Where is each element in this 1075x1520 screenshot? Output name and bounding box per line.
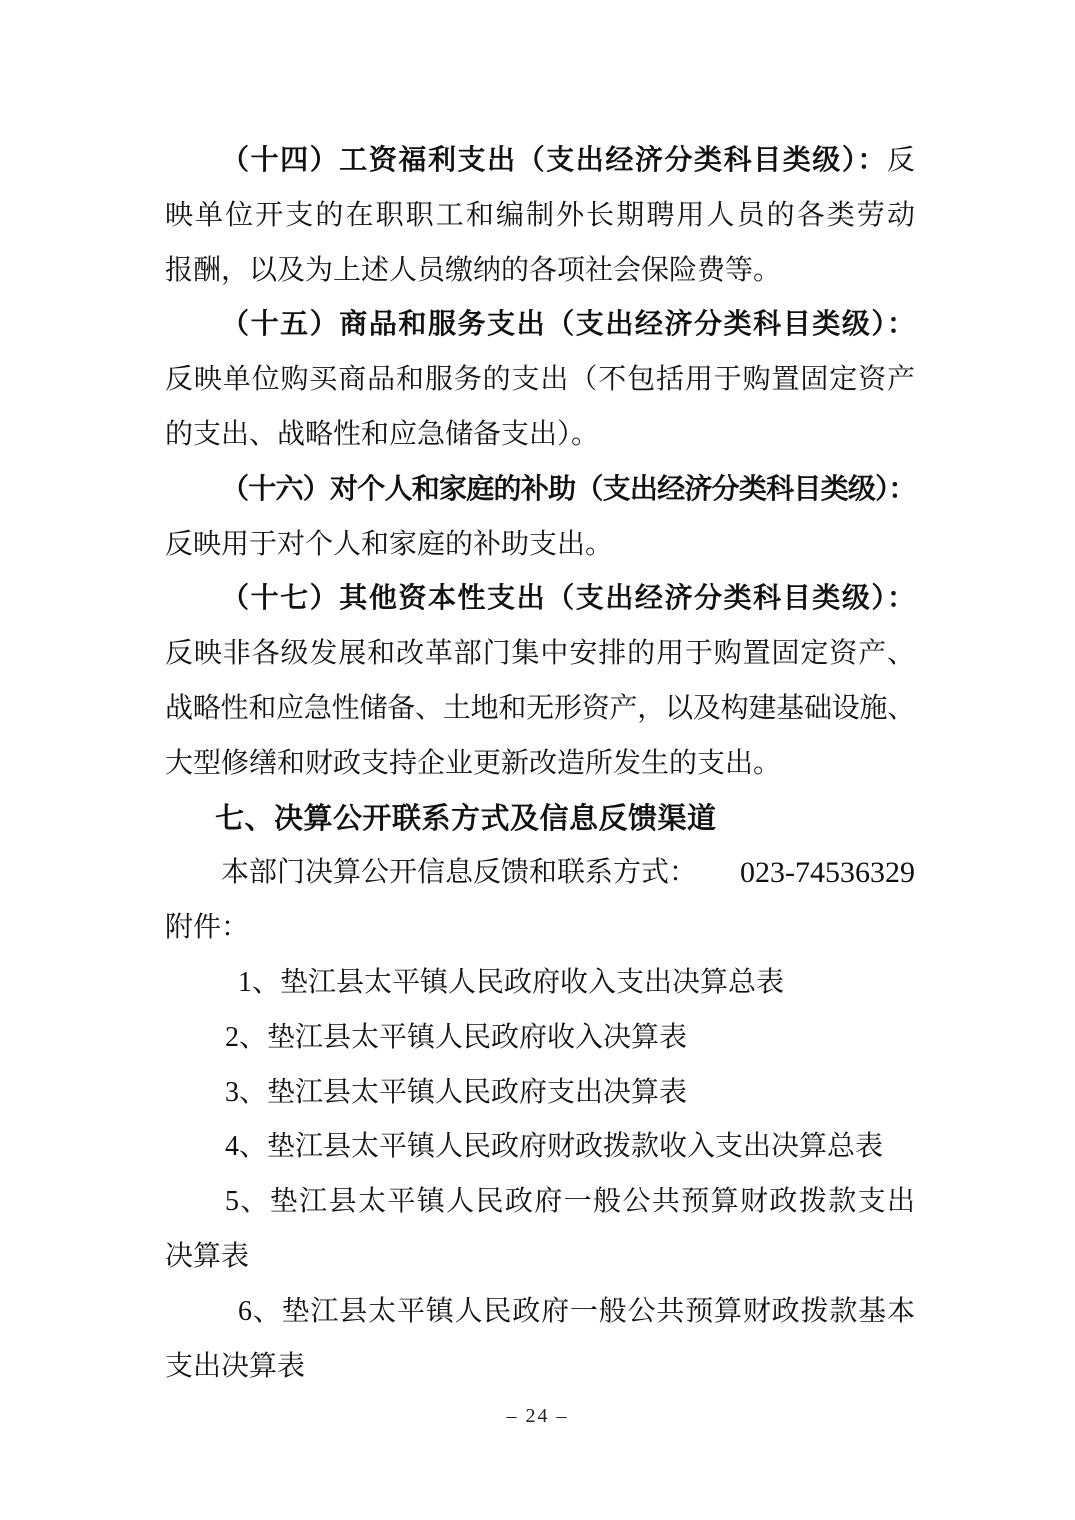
para17-line2: 反映非各级发展和改革部门集中安排的用于购置固定资产、 (165, 627, 915, 682)
para17-line1: （十七）其他资本性支出（支出经济分类科目类级）： (165, 572, 915, 627)
attachment-item-1: 1、垫江县太平镇人民政府收入支出决算总表 (165, 956, 915, 1011)
contact-phone-number: 023-74536329 (740, 846, 915, 901)
para15-heading: （十五）商品和服务支出（支出经济分类科目类级）： (221, 309, 915, 340)
contact-label: 本部门决算公开信息反馈和联系方式： (221, 846, 697, 901)
para15-line1: （十五）商品和服务支出（支出经济分类科目类级）： (165, 298, 915, 353)
para14-heading: （十四）工资福利支出（支出经济分类科目类级）： (221, 145, 887, 176)
para14-line1-tail: 反 (887, 145, 915, 176)
para14-line1: （十四）工资福利支出（支出经济分类科目类级）：反 (165, 134, 915, 189)
attachment-item-5-line2: 决算表 (165, 1230, 915, 1285)
para17-line3: 战略性和应急性储备、土地和无形资产，以及构建基础设施、 (165, 682, 915, 737)
para17-heading: （十七）其他资本性支出（支出经济分类科目类级）： (221, 583, 915, 614)
attachment-item-2: 2、垫江县太平镇人民政府收入决算表 (165, 1011, 915, 1066)
attachment-item-5-line1: 5、垫江县太平镇人民政府一般公共预算财政拨款支出 (165, 1175, 915, 1230)
para16-line2: 反映用于对个人和家庭的补助支出。 (165, 518, 915, 573)
attachment-item-6-line2: 支出决算表 (165, 1340, 915, 1395)
document-body: （十四）工资福利支出（支出经济分类科目类级）：反 映单位开支的在职职工和编制外长… (165, 134, 915, 1394)
para14-line3: 报酬，以及为上述人员缴纳的各项社会保险费等。 (165, 244, 915, 299)
contact-line: 本部门决算公开信息反馈和联系方式：023-74536329 (165, 846, 915, 901)
para17-line4: 大型修缮和财政支持企业更新改造所发生的支出。 (165, 737, 915, 792)
page-number: – 24 – (0, 1398, 1075, 1434)
attachment-item-4: 4、垫江县太平镇人民政府财政拨款收入支出决算总表 (165, 1120, 915, 1175)
document-page: （十四）工资福利支出（支出经济分类科目类级）：反 映单位开支的在职职工和编制外长… (0, 0, 1075, 1520)
section7-heading: 七、决算公开联系方式及信息反馈渠道 (165, 792, 915, 847)
para16-line1: （十六）对个人和家庭的补助（支出经济分类科目类级）： (165, 463, 915, 518)
para15-line2: 反映单位购买商品和服务的支出（不包括用于购置固定资产 (165, 353, 915, 408)
para15-line3: 的支出、战略性和应急储备支出）。 (165, 408, 915, 463)
attachments-label: 附件： (165, 901, 915, 956)
para16-heading: （十六）对个人和家庭的补助（支出经济分类科目类级）： (221, 474, 915, 505)
para14-line2: 映单位开支的在职职工和编制外长期聘用人员的各类劳动 (165, 189, 915, 244)
attachment-item-6-line1: 6、垫江县太平镇人民政府一般公共预算财政拨款基本 (165, 1285, 915, 1340)
attachment-item-3: 3、垫江县太平镇人民政府支出决算表 (165, 1066, 915, 1121)
